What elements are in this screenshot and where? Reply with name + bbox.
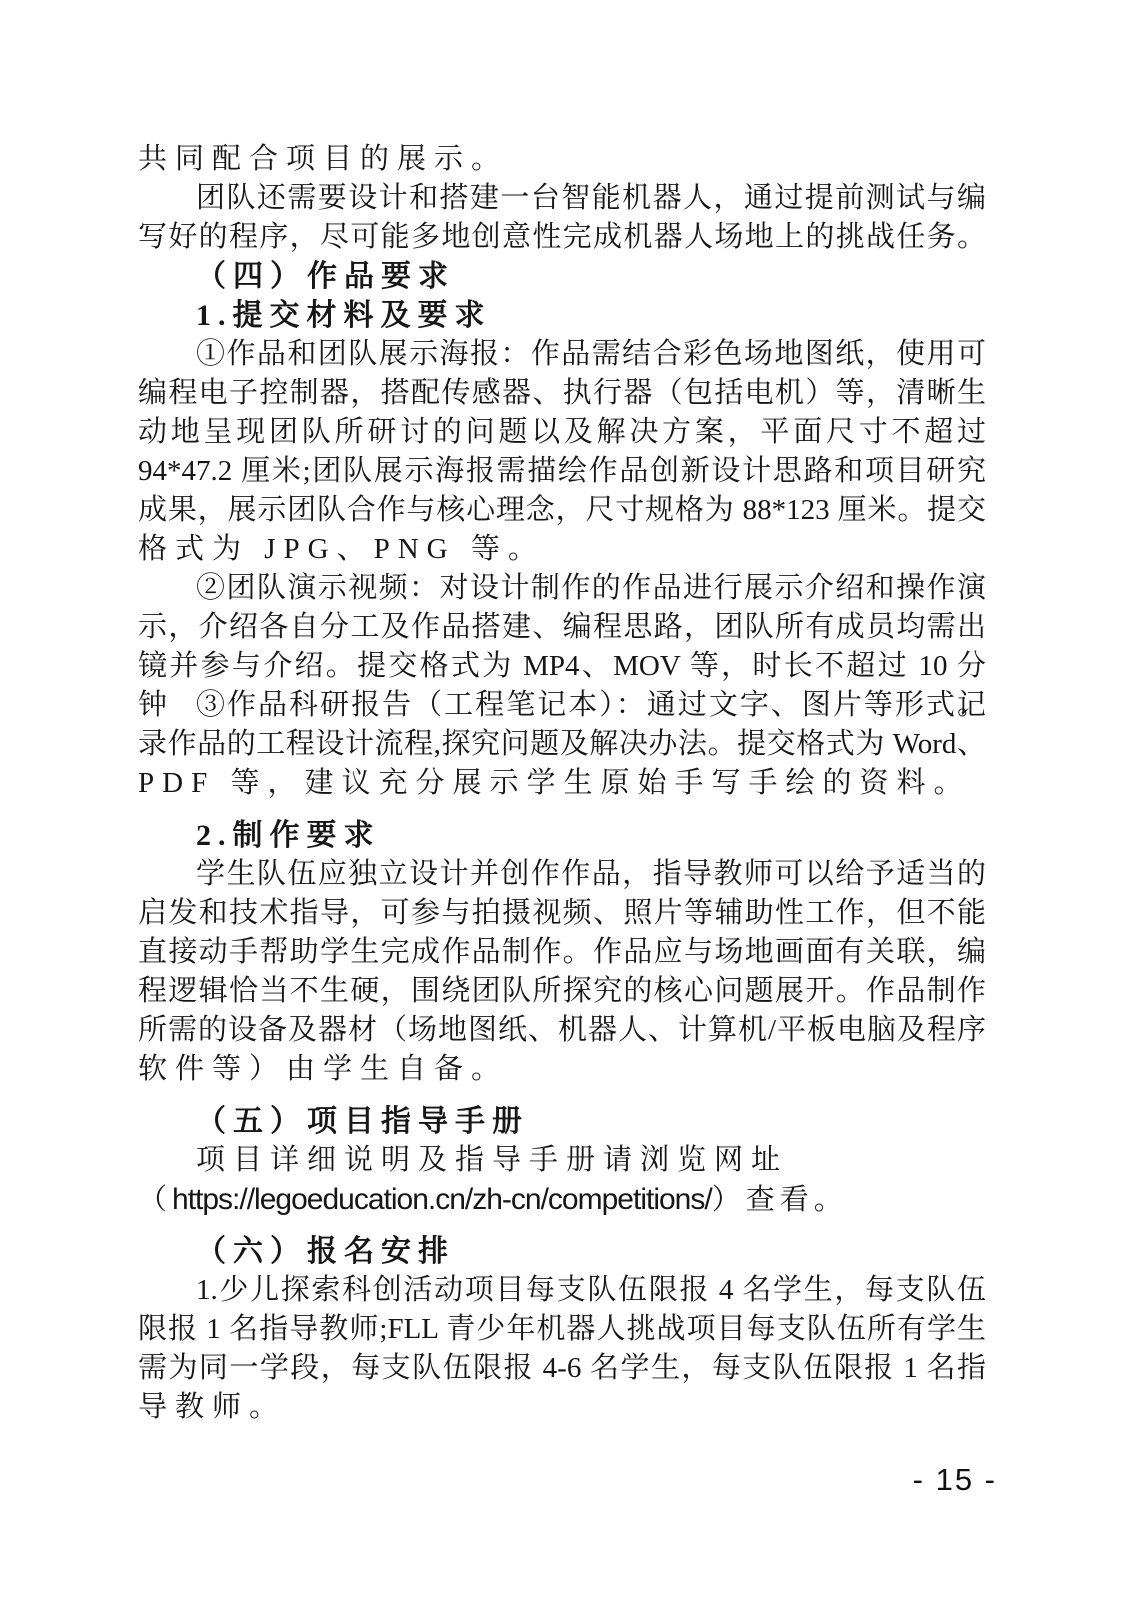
heading-line: 2.制作要求 [138, 816, 986, 855]
text-line: 写好的程序，尽可能多地创意性完成机器人场地上的挑战任务。 [138, 218, 986, 257]
text-line: 所需的设备及器材（场地图纸、机器人、计算机/平板电脑及程序 [138, 1011, 986, 1050]
text-line: 录作品的工程设计流程,探究问题及解决办法。提交格式为 Word、 [138, 725, 986, 764]
text-line: 格式为 JPG、PNG 等。 [138, 530, 986, 569]
text-line: 1.少儿探索科创活动项目每支队伍限报 4 名学生，每支队伍 [138, 1271, 986, 1310]
text-line: 项目详细说明及指导手册请浏览网址 [138, 1141, 986, 1180]
text-line: 软件等）由学生自备。 [138, 1050, 986, 1089]
text-line: 直接动手帮助学生完成作品制作。作品应与场地画面有关联，编 [138, 933, 986, 972]
heading-line: （五）项目指导手册 [138, 1102, 986, 1141]
text-line: ③作品科研报告（工程笔记本）：通过文字、图片等形式记 [138, 686, 986, 725]
page-number: - 15 - [913, 1462, 997, 1498]
text-line: 镜并参与介绍。提交格式为 MP4、MOV 等，时长不超过 10 分钟。 [138, 647, 986, 686]
url-open-paren: （ [138, 1184, 172, 1216]
heading-line: （四）作品要求 [138, 257, 986, 296]
text-line: 程逻辑恰当不生硬，围绕团队所探究的核心问题展开。作品制作 [138, 972, 986, 1011]
text-line: 需为同一学段，每支队伍限报 4-6 名学生，每支队伍限报 1 名指 [138, 1349, 986, 1388]
text-line: 编程电子控制器，搭配传感器、执行器（包括电机）等，清晰生 [138, 374, 986, 413]
guide-manual-url: https://legoeducation.cn/zh-cn/competiti… [172, 1183, 712, 1216]
text-line: 团队还需要设计和搭建一台智能机器人，通过提前测试与编 [138, 179, 986, 218]
heading-line: 1.提交材料及要求 [138, 296, 986, 335]
text-line: ①作品和团队展示海报：作品需结合彩色场地图纸，使用可 [138, 335, 986, 374]
text-line: 示，介绍各自分工及作品搭建、编程思路，团队所有成员均需出 [138, 608, 986, 647]
text-line: 导教师。 [138, 1388, 986, 1427]
text-line: （https://legoeducation.cn/zh-cn/competit… [138, 1180, 986, 1219]
text-line: 学生队伍应独立设计并创作作品，指导教师可以给予适当的 [138, 855, 986, 894]
url-close-paren-text: ）查看。 [712, 1184, 848, 1216]
text-line: PDF 等，建议充分展示学生原始手写手绘的资料。 [138, 764, 986, 803]
text-line: 启发和技术指导，可参与拍摄视频、照片等辅助性工作，但不能 [138, 894, 986, 933]
text-line: 成果，展示团队合作与核心理念，尺寸规格为 88*123 厘米。提交 [138, 491, 986, 530]
text-line: 限报 1 名指导教师;FLL 青少年机器人挑战项目每支队伍所有学生 [138, 1310, 986, 1349]
heading-line: （六）报名安排 [138, 1232, 986, 1271]
text-line: 共同配合项目的展示。 [138, 140, 986, 179]
text-line: 动地呈现团队所研讨的问题以及解决方案，平面尺寸不超过 [138, 413, 986, 452]
document-body: 共同配合项目的展示。团队还需要设计和搭建一台智能机器人，通过提前测试与编写好的程… [138, 140, 986, 1427]
document-page: 共同配合项目的展示。团队还需要设计和搭建一台智能机器人，通过提前测试与编写好的程… [0, 0, 1131, 1600]
text-line: ②团队演示视频：对设计制作的作品进行展示介绍和操作演 [138, 569, 986, 608]
text-line: 94*47.2 厘米;团队展示海报需描绘作品创新设计思路和项目研究 [138, 452, 986, 491]
